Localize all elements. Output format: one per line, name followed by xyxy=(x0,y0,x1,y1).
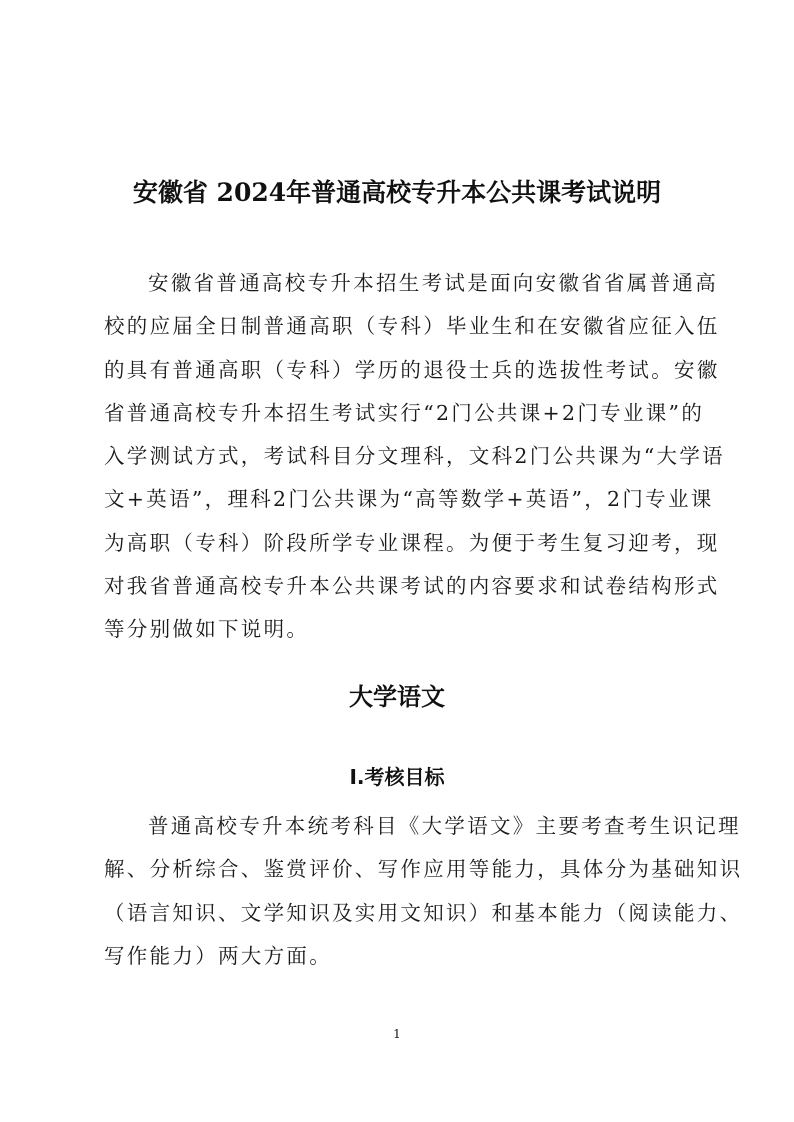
paragraph-line: 等分别做如下说明。 xyxy=(104,608,692,651)
paragraph-line: 的具有普通高职（专科）学历的退役士兵的选拔性考试。安徽 xyxy=(104,349,692,392)
section-heading: I.考核目标 xyxy=(0,762,794,792)
paragraph-line: 校的应届全日制普通高职（专科）毕业生和在安徽省应征入伍 xyxy=(104,305,692,348)
paragraph-line: （语言知识、文学知识及实用文知识）和基本能力（阅读能力、 xyxy=(104,892,692,935)
section-paragraph: 普通高校专升本统考科目《大学语文》主要考查考生识记理 解、分析综合、鉴赏评价、写… xyxy=(104,805,692,978)
paragraph-line: 对我省普通高校专升本公共课考试的内容要求和试卷结构形式 xyxy=(104,565,692,608)
paragraph-line: 文+英语”，理科2门公共课为“高等数学+英语”，2门专业课 xyxy=(104,478,692,521)
document-title: 安徽省 2024年普通高校专升本公共课考试说明 xyxy=(0,177,794,209)
page-number: 1 xyxy=(0,1026,794,1042)
paragraph-line: 入学测试方式，考试科目分文理科，文科2门公共课为“大学语 xyxy=(104,435,692,478)
paragraph-line: 解、分析综合、鉴赏评价、写作应用等能力，具体分为基础知识 xyxy=(104,848,692,891)
document-page: 安徽省 2024年普通高校专升本公共课考试说明 安徽省普通高校专升本招生考试是面… xyxy=(0,0,794,1122)
paragraph-line: 省普通高校专升本招生考试实行“2门公共课+2门专业课”的 xyxy=(104,392,692,435)
paragraph-line: 为高职（专科）阶段所学专业课程。为便于考生复习迎考，现 xyxy=(104,522,692,565)
paragraph-line: 安徽省普通高校专升本招生考试是面向安徽省省属普通高 xyxy=(104,262,692,305)
course-heading: 大学语文 xyxy=(0,681,794,713)
paragraph-line: 写作能力）两大方面。 xyxy=(104,935,692,978)
intro-paragraph: 安徽省普通高校专升本招生考试是面向安徽省省属普通高 校的应届全日制普通高职（专科… xyxy=(104,262,692,652)
paragraph-line: 普通高校专升本统考科目《大学语文》主要考查考生识记理 xyxy=(104,805,692,848)
